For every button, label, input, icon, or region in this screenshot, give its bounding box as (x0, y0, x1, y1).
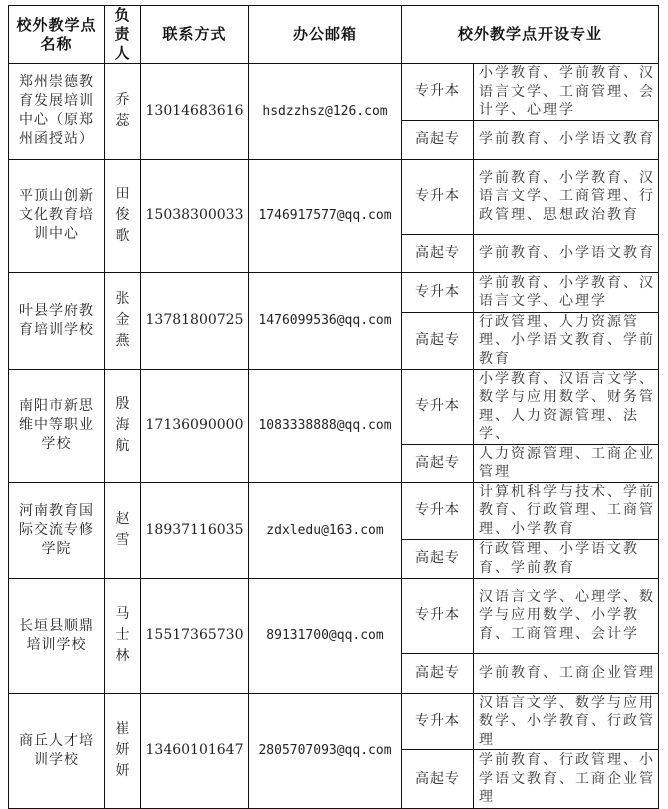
program-type: 专升本 (402, 64, 474, 121)
email-address: 89131700@qq.com (249, 578, 402, 693)
site-name: 郑州崇德教育发展培训中心（原郑州函授站） (9, 64, 105, 160)
program-majors: 人力资源管理、工商企业管理 (474, 444, 659, 482)
email-address: 1083338888@qq.com (249, 369, 402, 482)
site-name: 河南教育国际交流专修学院 (9, 482, 105, 578)
phone-number: 18937116035 (141, 482, 249, 578)
program-type: 专升本 (402, 482, 474, 539)
program-majors: 汉语言文学、心理学、数学与应用数学、小学教育、工商管理、会计学 (474, 578, 659, 653)
table-row: 长垣县顺鼎培训学校 马士林 15517365730 89131700@qq.co… (9, 578, 659, 653)
person-name: 田俊歌 (105, 159, 141, 272)
header-majors: 校外教学点开设专业 (402, 6, 659, 64)
header-person: 负责人 (105, 6, 141, 64)
program-type: 高起专 (402, 312, 474, 369)
site-name: 南阳市新思维中等职业学校 (9, 369, 105, 482)
header-row: 校外教学点名称 负责人 联系方式 办公邮箱 校外教学点开设专业 (9, 6, 659, 64)
teaching-sites-table: 校外教学点名称 负责人 联系方式 办公邮箱 校外教学点开设专业 郑州崇德教育发展… (8, 5, 659, 809)
email-address: zdxledu@163.com (249, 482, 402, 578)
table-row: 南阳市新思维中等职业学校 殷海航 17136090000 1083338888@… (9, 369, 659, 444)
table-row: 河南教育国际交流专修学院 赵雪 18937116035 zdxledu@163.… (9, 482, 659, 539)
site-name: 长垣县顺鼎培训学校 (9, 578, 105, 693)
program-majors: 学前教育、行政管理、小学语文教育、工商企业管理 (474, 750, 659, 809)
program-majors: 学前教育、小学语文教育 (474, 234, 659, 272)
site-name: 叶县学府教育培训学校 (9, 272, 105, 369)
person-name: 乔蕊 (105, 64, 141, 160)
program-type: 高起专 (402, 120, 474, 159)
program-type: 专升本 (402, 693, 474, 750)
program-type: 高起专 (402, 653, 474, 693)
program-type: 高起专 (402, 444, 474, 482)
program-majors: 学前教育、小学教育、汉语言文学、工商管理、行政管理、思想政治教育 (474, 159, 659, 234)
phone-number: 15038300033 (141, 159, 249, 272)
program-majors: 行政管理、人力资源管理、小学语文教育、学前教育 (474, 312, 659, 369)
person-name: 张金燕 (105, 272, 141, 369)
program-type: 高起专 (402, 234, 474, 272)
table-row: 郑州崇德教育发展培训中心（原郑州函授站） 乔蕊 13014683616 hsdz… (9, 64, 659, 121)
person-name: 殷海航 (105, 369, 141, 482)
program-majors: 小学教育、学前教育、汉语言文学、工商管理、会计学、心理学 (474, 64, 659, 121)
header-email: 办公邮箱 (249, 6, 402, 64)
phone-number: 17136090000 (141, 369, 249, 482)
program-type: 专升本 (402, 578, 474, 653)
phone-number: 15517365730 (141, 578, 249, 693)
site-name: 商丘人才培训学校 (9, 693, 105, 809)
program-majors: 学前教育、小学教育、汉语言文学、心理学 (474, 272, 659, 312)
person-name: 崔妍妍 (105, 693, 141, 809)
program-majors: 行政管理、小学语文教育、学前教育 (474, 539, 659, 578)
email-address: 2805707093@qq.com (249, 693, 402, 809)
program-type: 专升本 (402, 272, 474, 312)
header-site-name: 校外教学点名称 (9, 6, 105, 64)
program-majors: 计算机科学与技术、学前教育、行政管理、工商管理、小学教育 (474, 482, 659, 539)
table-row: 叶县学府教育培训学校 张金燕 13781800725 1476099536@qq… (9, 272, 659, 312)
program-majors: 小学教育、汉语言文学、数学与应用数学、财务管理、人力资源管理、法学、 (474, 369, 659, 444)
email-address: hsdzzhsz@126.com (249, 64, 402, 160)
table-row: 商丘人才培训学校 崔妍妍 13460101647 2805707093@qq.c… (9, 693, 659, 750)
email-address: 1476099536@qq.com (249, 272, 402, 369)
program-type: 高起专 (402, 539, 474, 578)
phone-number: 13781800725 (141, 272, 249, 369)
site-name: 平顶山创新文化教育培训中心 (9, 159, 105, 272)
phone-number: 13460101647 (141, 693, 249, 809)
program-majors: 学前教育、工商企业管理 (474, 653, 659, 693)
program-type: 高起专 (402, 750, 474, 809)
person-name: 马士林 (105, 578, 141, 693)
program-type: 专升本 (402, 159, 474, 234)
person-name: 赵雪 (105, 482, 141, 578)
program-majors: 学前教育、小学语文教育 (474, 120, 659, 159)
program-type: 专升本 (402, 369, 474, 444)
phone-number: 13014683616 (141, 64, 249, 160)
table-row: 平顶山创新文化教育培训中心 田俊歌 15038300033 1746917577… (9, 159, 659, 234)
program-majors: 汉语言文学、数学与应用数学、小学教育、行政管理 (474, 693, 659, 750)
email-address: 1746917577@qq.com (249, 159, 402, 272)
header-phone: 联系方式 (141, 6, 249, 64)
